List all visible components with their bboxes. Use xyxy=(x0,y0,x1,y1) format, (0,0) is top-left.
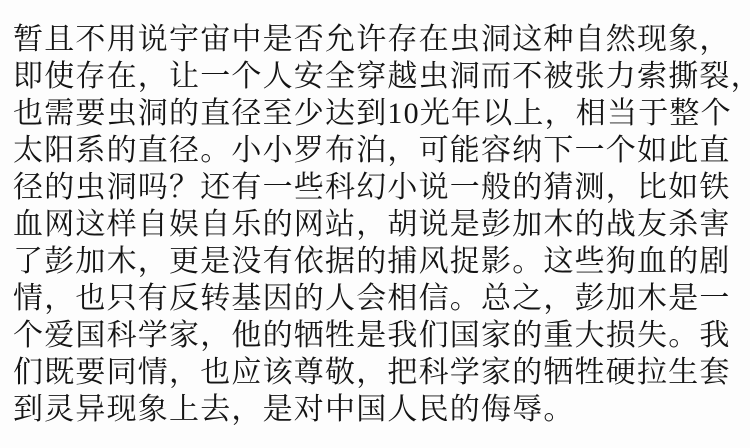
text-line: 太阳系的直径。小小罗布泊，可能容纳下一个如此直 xyxy=(13,132,750,169)
text-line: 暂且不用说宇宙中是否允许存在虫洞这种自然现象， xyxy=(13,21,750,58)
text-line: 情，也只有反转基因的人会相信。总之，彭加木是一 xyxy=(13,280,750,317)
text-line: 也需要虫洞的直径至少达到10光年以上，相当于整个 xyxy=(13,95,750,132)
text-line: 径的虫洞吗？还有一些科幻小说一般的猜测，比如铁 xyxy=(13,169,750,206)
paragraph: 暂且不用说宇宙中是否允许存在虫洞这种自然现象， 即使存在，让一个人安全穿越虫洞而… xyxy=(13,21,750,428)
text-line: 即使存在，让一个人安全穿越虫洞而不被张力索撕裂， xyxy=(13,58,750,95)
text-line: 们既要同情，也应该尊敬，把科学家的牺牲硬拉生套 xyxy=(13,354,750,391)
text-line: 到灵异现象上去，是对中国人民的侮辱。 xyxy=(13,391,750,428)
text-line: 个爱国科学家，他的牺牲是我们国家的重大损失。我 xyxy=(13,317,750,354)
text-line: 血网这样自娱自乐的网站，胡说是彭加木的战友杀害 xyxy=(13,206,750,243)
slide-page: 暂且不用说宇宙中是否允许存在虫洞这种自然现象， 即使存在，让一个人安全穿越虫洞而… xyxy=(0,0,750,448)
text-line: 了彭加木，更是没有依据的捕风捉影。这些狗血的剧 xyxy=(13,243,750,280)
